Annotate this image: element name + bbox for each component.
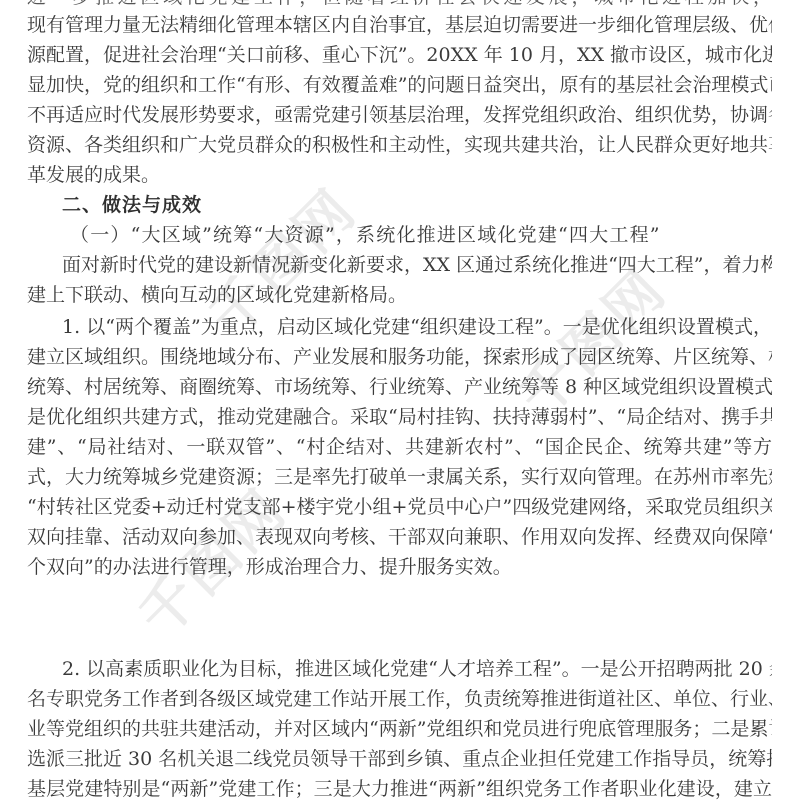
- text-line: 现有管理力量无法精细化管理本辖区内自治事宜，基层迫切需要进一步细化管理层级、优化…: [27, 10, 772, 40]
- text-line: 面对新时代党的建设新情况新变化新要求，XX 区通过系统化推进“四大工程”，着力构: [62, 250, 772, 280]
- section-heading: 二、做法与成效: [62, 190, 362, 220]
- text-line: 1. 以“两个覆盖”为重点，启动区域化党建“组织建设工程”。一是优化组织设置模式…: [62, 312, 772, 342]
- text-line: 式，大力统筹城乡党建资源；三是率先打破单一隶属关系，实行双向管理。在苏州市率先建…: [27, 462, 772, 492]
- text-line: 个双向”的办法进行管理，形成治理合力、提升服务实效。: [27, 552, 772, 582]
- text-line: 2. 以高素质职业化为目标，推进区域化党建“人才培养工程”。一是公开招聘两批 2…: [62, 654, 772, 684]
- text-line: 统筹、村居统筹、商圈统筹、市场统筹、行业统筹、产业统筹等 8 种区域党组织设置模…: [27, 372, 772, 402]
- text-line: 源配置，促进社会治理“关口前移、重心下沉”。20XX 年 10 月，XX 撤市设…: [27, 40, 772, 70]
- text-line: “村转社区党委+动迁村党支部+楼宇党小组+党员中心户”四级党建网络，采取党员组织…: [27, 492, 772, 522]
- text-line: 业等党组织的共驻共建活动，并对区域内“两新”党组织和党员进行兜底管理服务；二是累…: [27, 714, 772, 744]
- document-page: 千图网 千图网 千图网 进一步推进区域化党建工作，但随着经济社会快速发展，城市化…: [0, 0, 800, 800]
- text-line: 显加快，党的组织和工作“有形、有效覆盖难”的问题日益突出，原有的基层社会治理模式…: [27, 70, 772, 100]
- text-line: 双向挂靠、活动双向参加、表现双向考核、干部双向兼职、作用双向发挥、经费双向保障“…: [27, 522, 772, 552]
- text-line: 基层党建特别是“两新”党建工作；三是大力推进“两新”组织党务工作者职业化建设，建…: [27, 774, 772, 800]
- text-line: 建”、“局社结对、一联双管”、“村企结对、共建新农村”、“国企民企、统筹共建”等…: [27, 432, 772, 462]
- text-line: 名专职党务工作者到各级区域党建工作站开展工作，负责统筹推进街道社区、单位、行业、…: [27, 684, 772, 714]
- text-line: 建上下联动、横向互动的区域化党建新格局。: [27, 280, 772, 310]
- text-line: 资源、各类组织和广大党员群众的积极性和主动性，实现共建共治，让人民群众更好地共享…: [27, 130, 772, 160]
- text-line: 选派三批近 30 名机关退二线党员领导干部到乡镇、重点企业担任党建工作指导员，统…: [27, 744, 772, 774]
- subsection-heading: （一）“大区域”统筹“大资源”，系统化推进区域化党建“四大工程”: [70, 220, 750, 250]
- text-line: 是优化组织共建方式，推动党建融合。采取“局村挂钩、扶持薄弱村”、“局企结对、携手…: [27, 402, 772, 432]
- text-line: 不再适应时代发展形势要求，亟需党建引领基层治理，发挥党组织政治、组织优势，协调各…: [27, 100, 772, 130]
- text-line: 革发展的成果。: [27, 160, 772, 190]
- text-line: 建立区域组织。围绕地域分布、产业发展和服务功能，探索形成了园区统筹、片区统筹、村…: [27, 342, 772, 372]
